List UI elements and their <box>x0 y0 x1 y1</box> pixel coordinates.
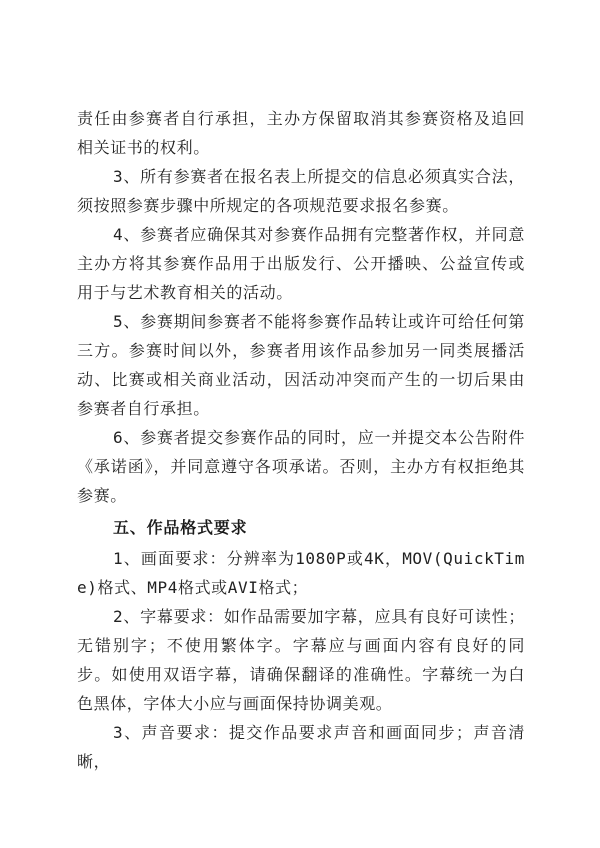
section-heading-format-requirements: 五、作品格式要求 <box>77 513 525 542</box>
document-page: 责任由参赛者自行承担，主办方保留取消其参赛资格及追回相关证书的权利。 3、所有参… <box>0 0 600 848</box>
clause-3-registration-info: 3、所有参赛者在报名表上所提交的信息必须真实合法，须按照参赛步骤中所规定的各项规… <box>77 162 525 220</box>
format-clause-1-resolution: 1、画面要求：分辨率为1080P或4K，MOV(QuickTime)格式、MP4… <box>77 544 525 602</box>
clause-5-transfer-restriction: 5、参赛期间参赛者不能将参赛作品转让或许可给任何第三方。参赛时间以外，参赛者用该… <box>77 307 525 423</box>
clause-6-commitment-letter: 6、参赛者提交参赛作品的同时，应一并提交本公告附件《承诺函》，并同意遵守各项承诺… <box>77 423 525 510</box>
document-content: 责任由参赛者自行承担，主办方保留取消其参赛资格及追回相关证书的权利。 3、所有参… <box>77 104 525 776</box>
format-clause-2-subtitles: 2、字幕要求：如作品需要加字幕，应具有良好可读性；无错别字；不使用繁体字。字幕应… <box>77 602 525 718</box>
clause-4-copyright-usage: 4、参赛者应确保其对参赛作品拥有完整著作权，并同意主办方将其参赛作品用于出版发行… <box>77 220 525 307</box>
format-clause-3-audio: 3、声音要求：提交作品要求声音和画面同步；声音清晰， <box>77 718 525 776</box>
paragraph-continuation-liability: 责任由参赛者自行承担，主办方保留取消其参赛资格及追回相关证书的权利。 <box>77 104 525 162</box>
